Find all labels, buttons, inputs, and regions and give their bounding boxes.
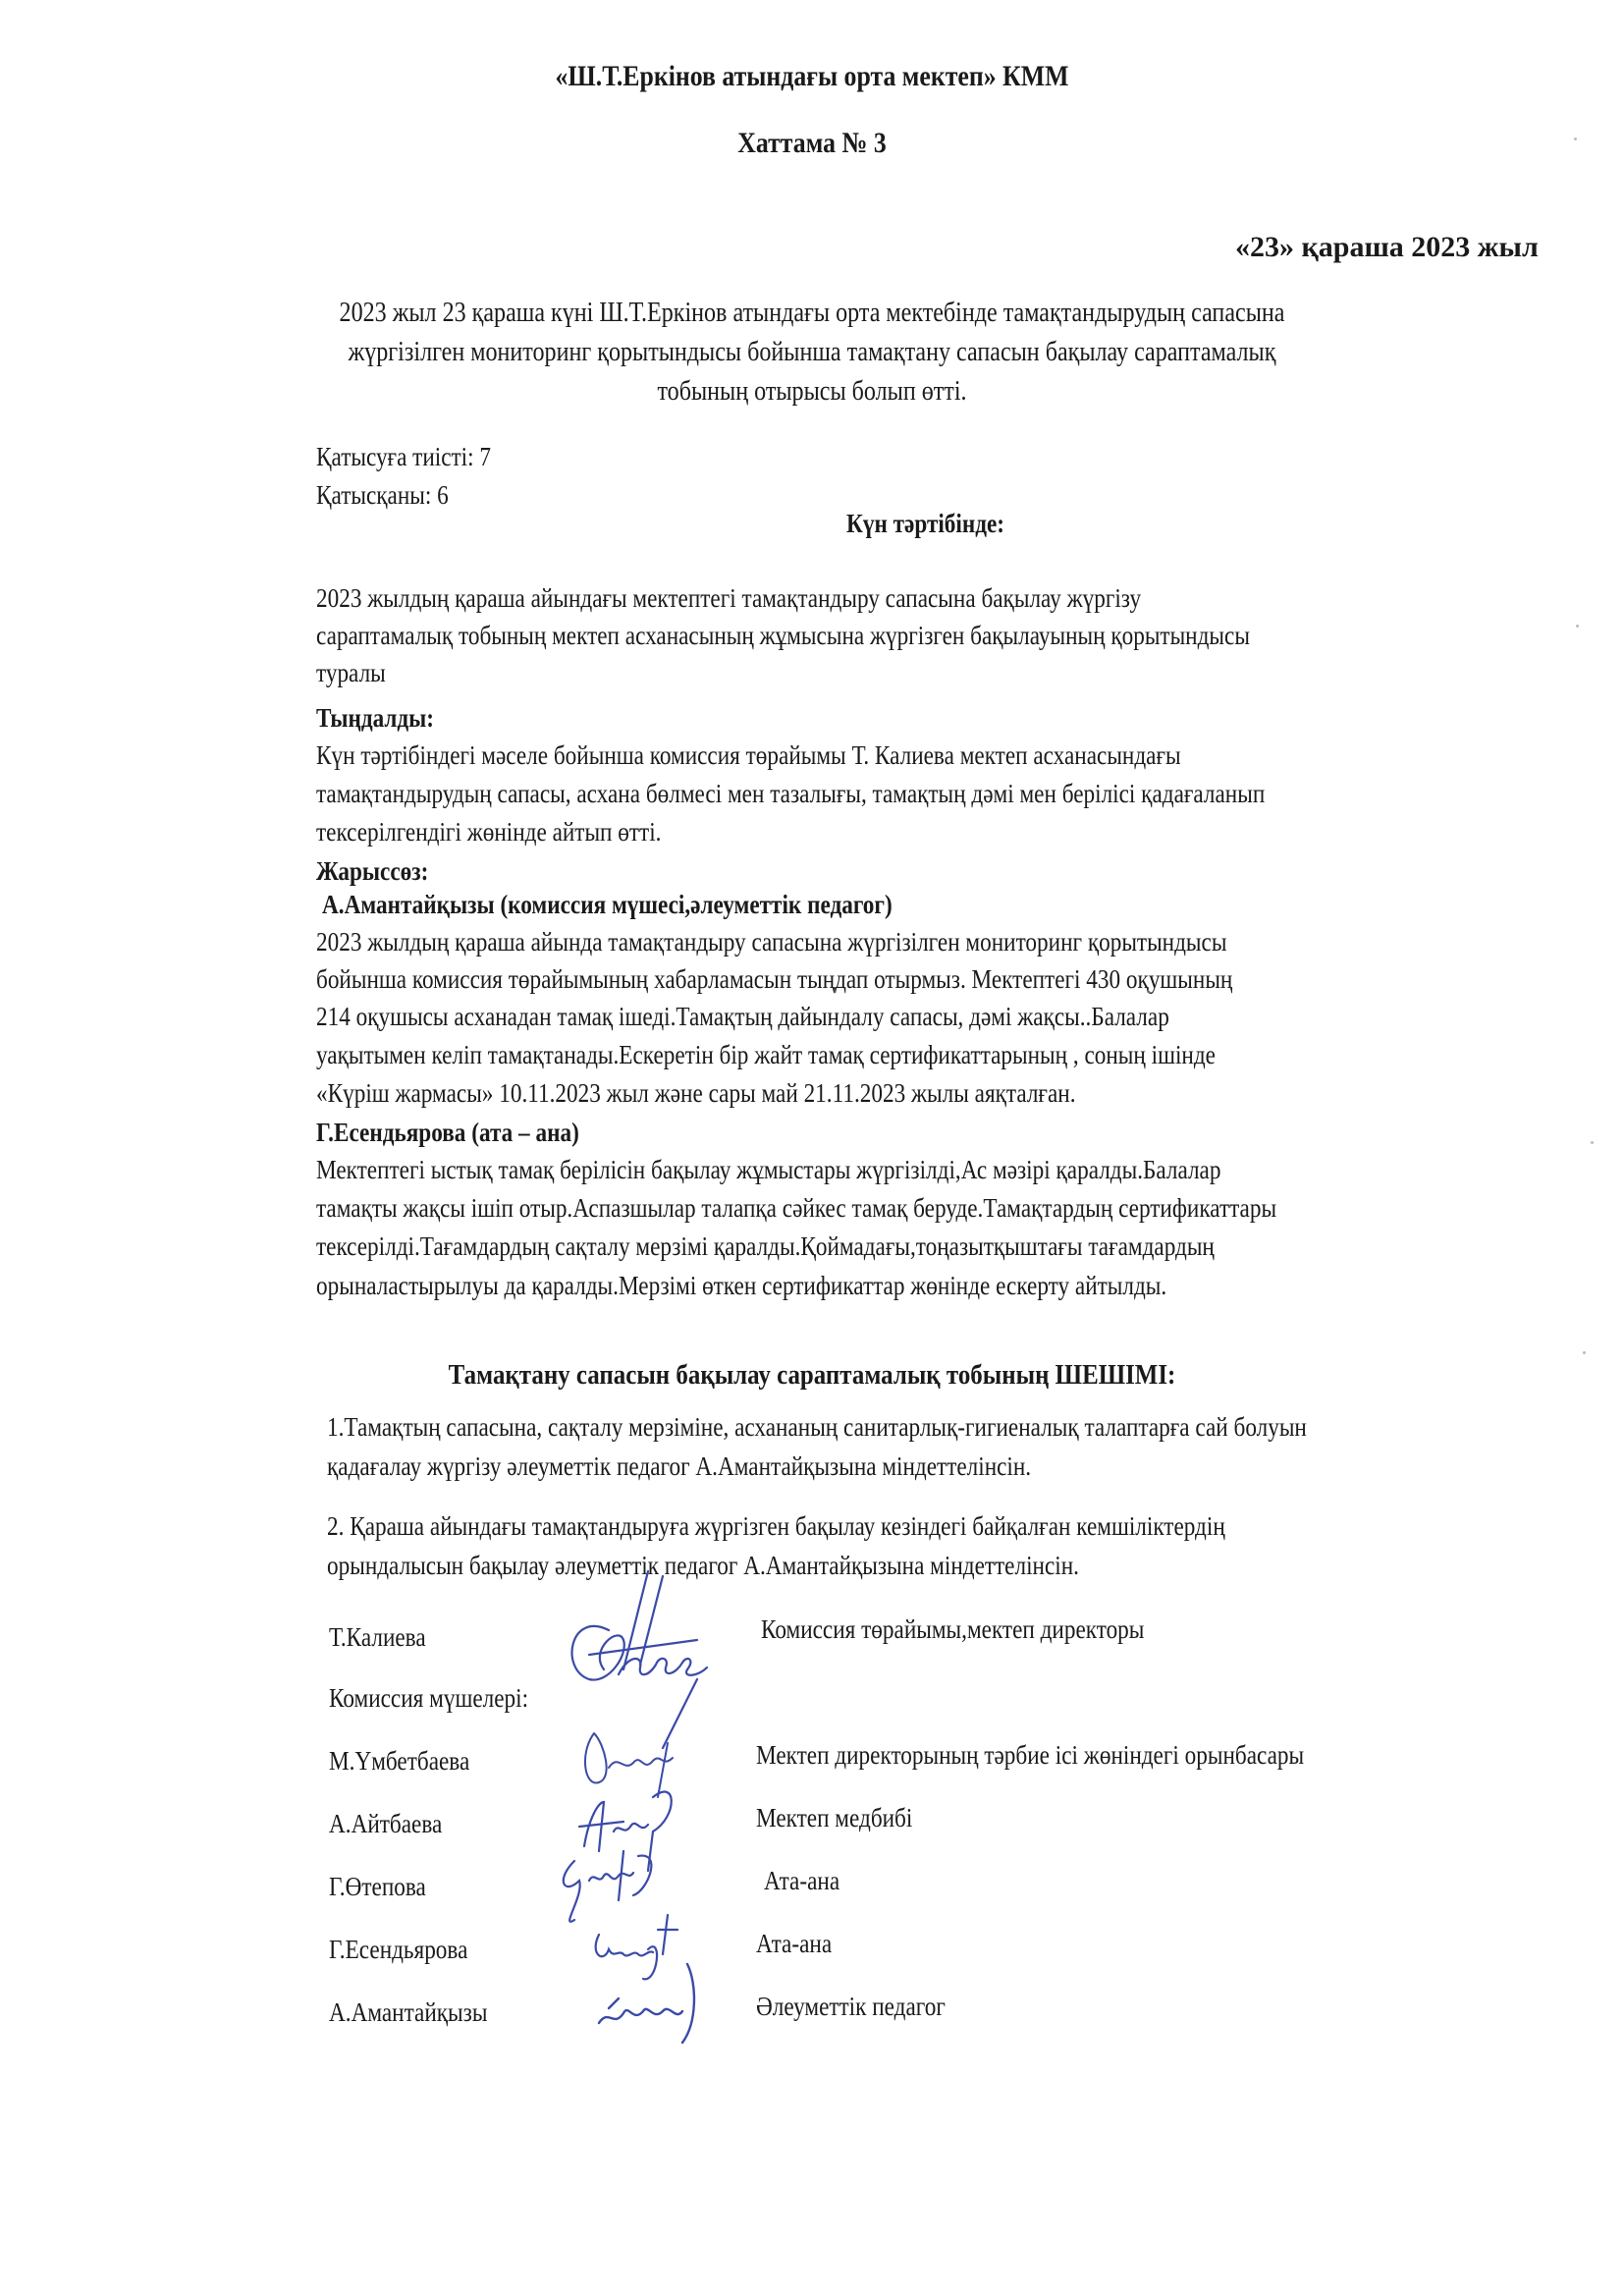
agenda-line: туралы: [316, 654, 386, 691]
signatory-role: Ата-ана: [756, 1925, 832, 1962]
listened-heading: Тыңдалды:: [316, 699, 434, 737]
signatory-role: Мектеп директорының тәрбие ісі жөніндегі…: [756, 1736, 1304, 1774]
agenda-line: 2023 жылдың қараша айындағы мектептегі т…: [316, 579, 1141, 617]
decision-line: қадағалау жүргізу әлеуметтік педагог А.А…: [327, 1448, 1031, 1485]
signatory-role: Әлеуметтік педагог: [756, 1988, 946, 2025]
decision-line: 1.Тамақтың сапасына, сақталу мерзіміне, …: [327, 1408, 1307, 1446]
protocol-title: Хаттама № 3: [114, 124, 1510, 163]
speaker-line: 2023 жылдың қараша айында тамақтандыру с…: [316, 923, 1226, 960]
speaker-line: 214 оқушысы асханадан тамақ ішеді.Тамақт…: [316, 998, 1169, 1035]
intro-line: тобының отырысы болып өтті.: [114, 373, 1510, 410]
listened-line: тексерілгендігі жөнінде айтып өтті.: [316, 813, 661, 850]
signatory-role: Мектеп медбибі: [756, 1799, 912, 1836]
signature-icon: [589, 1954, 717, 2057]
listened-line: Күн тәртібіндегі мәселе бойынша комиссия…: [316, 737, 1181, 774]
speaker-line: Мектептегі ыстық тамақ берілісін бақылау…: [316, 1151, 1220, 1188]
decision-line: 2. Қараша айындағы тамақтандыруға жүргіз…: [327, 1507, 1225, 1545]
organization-title: «Ш.Т.Еркінов атындағы орта мектеп» КММ: [114, 57, 1510, 96]
signatory-name: Г.Өтепова: [329, 1868, 426, 1905]
scan-speck: [1583, 1351, 1586, 1354]
speaker-line: «Күріш жармасы» 10.11.2023 жыл және сары…: [316, 1074, 1076, 1112]
scan-speck: [1574, 137, 1577, 140]
signatory-role: Комиссия төрайымы,мектеп директоры: [761, 1611, 1144, 1648]
debate-heading: Жарыссөз:: [316, 852, 428, 890]
speaker-line: бойынша комиссия төрайымының хабарламасы…: [316, 960, 1232, 998]
speaker-line: тамақты жақсы ішіп отыр.Аспазшылар талап…: [316, 1189, 1276, 1227]
intro-line: жүргізілген мониторинг қорытындысы бойын…: [114, 334, 1510, 371]
members-label: Комиссия мүшелері:: [329, 1679, 528, 1717]
decision-heading: Тамақтану сапасын бақылау сараптамалық т…: [114, 1355, 1510, 1394]
signatory-name: А.Айтбаева: [329, 1805, 442, 1842]
scan-speck: [1576, 625, 1579, 628]
protocol-date: «23» қараша 2023 жыл: [1235, 228, 1539, 267]
attendance-expected: Қатысуға тиісті: 7: [316, 438, 491, 475]
speaker-name: Г.Есендьярова (ата – ана): [316, 1114, 579, 1151]
intro-line: 2023 жыл 23 қараша күні Ш.Т.Еркінов атын…: [114, 295, 1510, 332]
signatory-role: Ата-ана: [764, 1862, 839, 1899]
signatory-name: Т.Калиева: [329, 1618, 426, 1656]
speaker-line: уақытымен келіп тамақтанады.Ескеретін бі…: [316, 1036, 1216, 1073]
agenda-line: сараптамалық тобының мектеп асханасының …: [316, 617, 1250, 654]
agenda-heading: Күн тәртібінде:: [846, 505, 1004, 542]
speaker-name: А.Амантайқызы (комиссия мүшесі,әлеуметті…: [322, 886, 893, 923]
attendance-present: Қатысқаны: 6: [316, 476, 449, 514]
scan-speck: [1591, 1141, 1594, 1144]
signatory-name: А.Амантайқызы: [329, 1994, 487, 2031]
signatory-name: М.Үмбетбаева: [329, 1742, 469, 1779]
speaker-line: тексерілді.Тағамдардың сақталу мерзімі қ…: [316, 1228, 1215, 1265]
speaker-line: орыналастырылуы да қаралды.Мерзімі өткен…: [316, 1267, 1166, 1304]
listened-line: тамақтандырудың сапасы, асхана бөлмесі м…: [316, 775, 1265, 812]
signatory-name: Г.Есендьярова: [329, 1931, 467, 1968]
